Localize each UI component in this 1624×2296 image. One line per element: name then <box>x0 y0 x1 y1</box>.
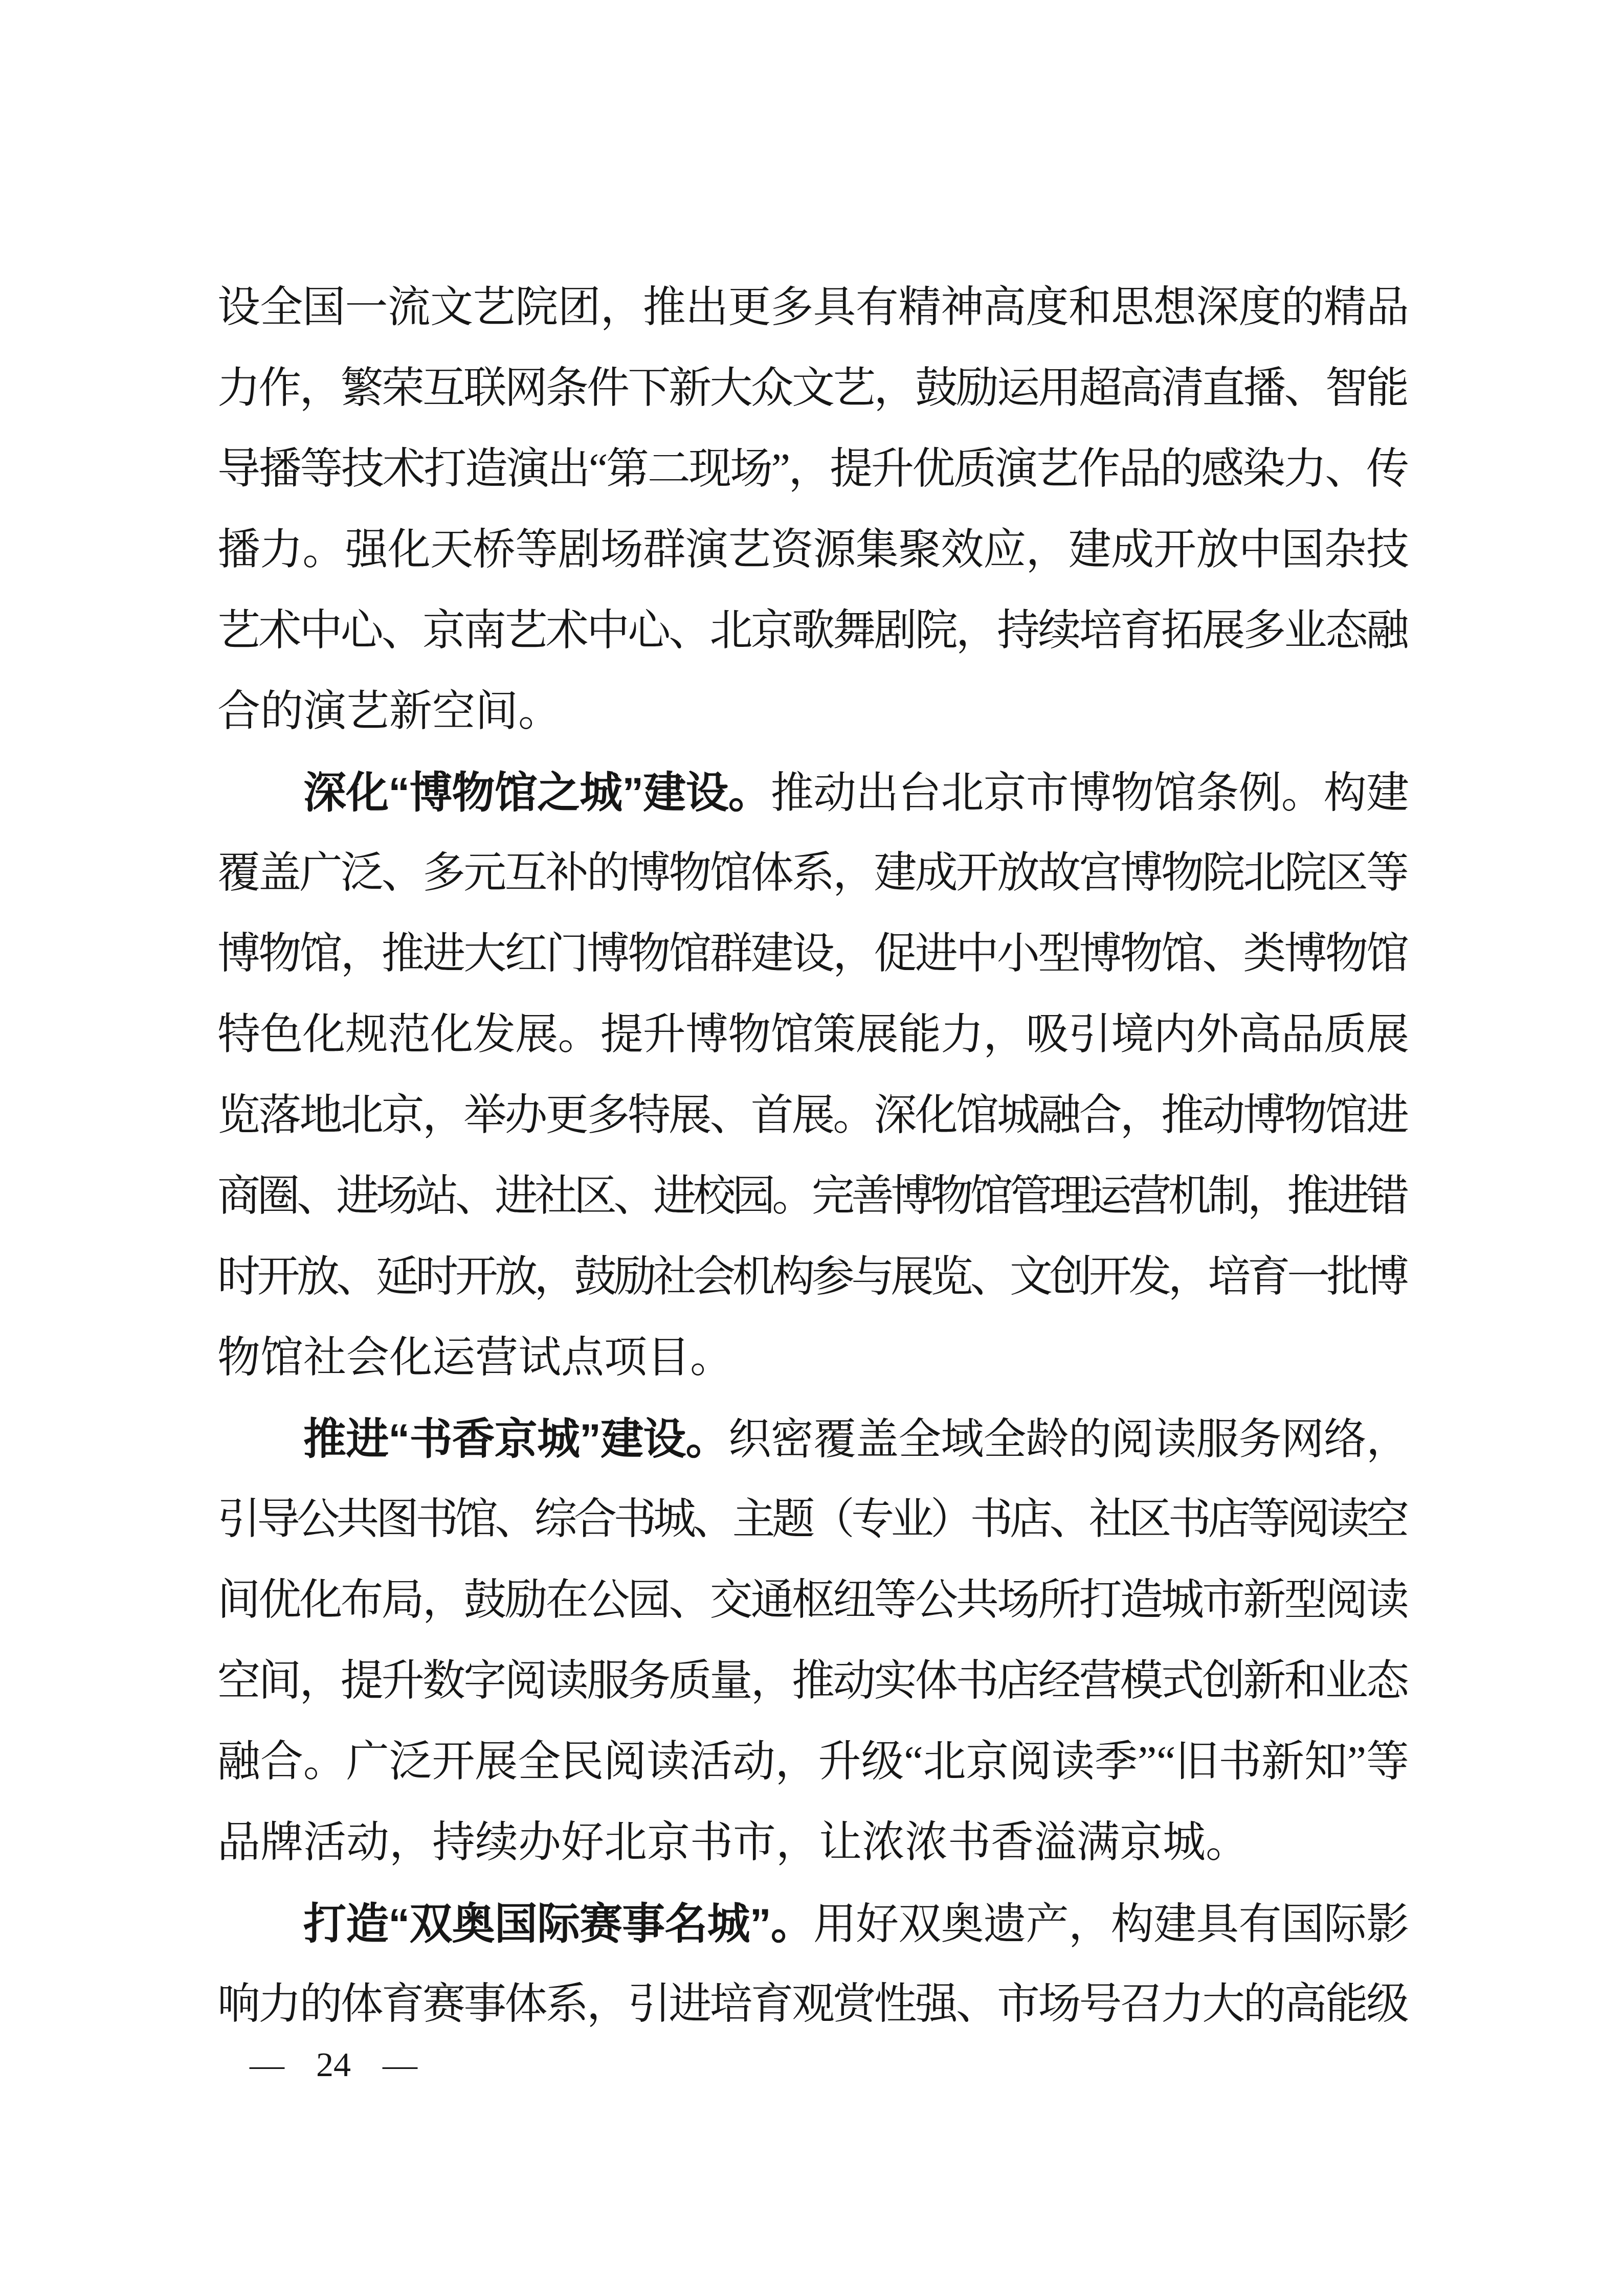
text-line-content: 深化“博物馆之城”建设。推动出台北京市博物馆条例。构建 <box>303 752 1409 834</box>
text-line-content: 览落地北京，举办更多特展、首展。深化馆城融合，推动博物馆进 <box>217 1075 1407 1156</box>
text-line-content: 设全国一流文艺院团，推出更多具有精神高度和思想深度的精品 <box>217 267 1409 348</box>
text-line: 覆盖广泛、多元互补的博物馆体系，建成开放故宫博物院北院区等 <box>217 833 1409 914</box>
text-run: 商圈、进场站、进社区、进校园。完善博物馆管理运营机制，推进错 <box>217 1173 1406 1220</box>
text-run: 导播等技术打造演出“第二现场”，提升优质演艺作品的感染力、传 <box>217 445 1408 493</box>
text-line-content: 商圈、进场站、进社区、进校园。完善博物馆管理运营机制，推进错 <box>217 1156 1406 1237</box>
text-line: 力作，繁荣互联网条件下新大众文艺，鼓励运用超高清直播、智能 <box>217 348 1409 429</box>
text-run: 品牌活动，持续办好北京书市，让浓浓书香溢满京城。 <box>217 1819 1249 1866</box>
text-line: 特色化规范化发展。提升博物馆策展能力，吸引境内外高品质展 <box>217 995 1409 1075</box>
text-line-content: 响力的体育赛事体系，引进培育观赏性强、市场号召力大的高能级 <box>217 1964 1407 2045</box>
text-line: 播力。强化天桥等剧场群演艺资源集聚效应，建成开放中国杂技 <box>217 510 1409 591</box>
text-run: 织密覆盖全域全龄的阅读服务网络， <box>728 1416 1409 1464</box>
text-line-content: 艺术中心、京南艺术中心、北京歌舞剧院，持续培育拓展多业态融 <box>217 591 1407 671</box>
text-run: 时开放、延时开放，鼓励社会机构参与展览、文创开发，培育一批博 <box>217 1253 1406 1301</box>
text-run: 播力。强化天桥等剧场群演艺资源集聚效应，建成开放中国杂技 <box>217 526 1409 574</box>
text-line-content: 融合。广泛开展全民阅读活动，升级“北京阅读季”“旧书新知”等 <box>217 1722 1409 1803</box>
text-line-content: 物馆社会化运营试点项目。 <box>217 1318 733 1399</box>
text-run: 合的演艺新空间。 <box>217 688 561 735</box>
text-line: 合的演艺新空间。 <box>217 671 1409 752</box>
text-line-content: 博物馆，推进大红门博物馆群建设，促进中小型博物馆、类博物馆 <box>217 914 1407 995</box>
text-line-content: 品牌活动，持续办好北京书市，让浓浓书香溢满京城。 <box>217 1803 1249 1883</box>
text-run: 览落地北京，举办更多特展、首展。深化馆城融合，推动博物馆进 <box>217 1092 1407 1139</box>
text-line: 推进“书香京城”建设。织密覆盖全域全龄的阅读服务网络， <box>217 1399 1409 1479</box>
text-run: 引导公共图书馆、综合书城、主题（专业）书店、社区书店等阅读空 <box>217 1496 1406 1543</box>
text-line: 空间，提升数字阅读服务质量，推动实体书店经营模式创新和业态 <box>217 1641 1409 1722</box>
text-line-content: 特色化规范化发展。提升博物馆策展能力，吸引境内外高品质展 <box>217 995 1409 1075</box>
text-line: 博物馆，推进大红门博物馆群建设，促进中小型博物馆、类博物馆 <box>217 914 1409 995</box>
text-run: 博物馆，推进大红门博物馆群建设，促进中小型博物馆、类博物馆 <box>217 930 1407 978</box>
text-line: 设全国一流文艺院团，推出更多具有精神高度和思想深度的精品 <box>217 267 1409 348</box>
document-body: 设全国一流文艺院团，推出更多具有精神高度和思想深度的精品力作，繁荣互联网条件下新… <box>217 267 1409 2045</box>
paragraph-lead-emphasis: 推进“书香京城”建设。 <box>303 1415 728 1463</box>
text-line-content: 空间，提升数字阅读服务质量，推动实体书店经营模式创新和业态 <box>217 1641 1407 1722</box>
text-line-content: 导播等技术打造演出“第二现场”，提升优质演艺作品的感染力、传 <box>217 429 1408 510</box>
paragraph-lead-emphasis: 深化“博物馆之城”建设。 <box>303 769 771 817</box>
text-line-content: 覆盖广泛、多元互补的博物馆体系，建成开放故宫博物院北院区等 <box>217 833 1407 914</box>
page-number: 24 <box>316 2045 351 2083</box>
text-line: 物馆社会化运营试点项目。 <box>217 1318 1409 1399</box>
text-line-content: 合的演艺新空间。 <box>217 671 561 752</box>
text-line-content: 打造“双奥国际赛事名城”。用好双奥遗产，构建具有国际影 <box>303 1883 1409 1965</box>
text-run: 力作，繁荣互联网条件下新大众文艺，鼓励运用超高清直播、智能 <box>217 365 1407 412</box>
text-run: 艺术中心、京南艺术中心、北京歌舞剧院，持续培育拓展多业态融 <box>217 607 1407 655</box>
text-line: 间优化布局，鼓励在公园、交通枢纽等公共场所打造城市新型阅读 <box>217 1560 1409 1641</box>
text-run: 推动出台北京市博物馆条例。构建 <box>771 770 1409 817</box>
text-line: 融合。广泛开展全民阅读活动，升级“北京阅读季”“旧书新知”等 <box>217 1722 1409 1803</box>
text-line: 览落地北京，举办更多特展、首展。深化馆城融合，推动博物馆进 <box>217 1075 1409 1156</box>
text-run: 间优化布局，鼓励在公园、交通枢纽等公共场所打造城市新型阅读 <box>217 1577 1407 1624</box>
text-line: 时开放、延时开放，鼓励社会机构参与展览、文创开发，培育一批博 <box>217 1237 1409 1318</box>
text-line-content: 时开放、延时开放，鼓励社会机构参与展览、文创开发，培育一批博 <box>217 1237 1406 1318</box>
text-line-content: 播力。强化天桥等剧场群演艺资源集聚效应，建成开放中国杂技 <box>217 510 1409 591</box>
text-line: 引导公共图书馆、综合书城、主题（专业）书店、社区书店等阅读空 <box>217 1479 1409 1560</box>
text-line: 深化“博物馆之城”建设。推动出台北京市博物馆条例。构建 <box>217 752 1409 833</box>
text-line: 艺术中心、京南艺术中心、北京歌舞剧院，持续培育拓展多业态融 <box>217 591 1409 671</box>
text-run: 用好双奥遗产，构建具有国际影 <box>813 1901 1409 1948</box>
footer-dash-right: — <box>383 2045 417 2083</box>
text-line-content: 推进“书香京城”建设。织密覆盖全域全龄的阅读服务网络， <box>303 1399 1409 1480</box>
text-line-content: 引导公共图书馆、综合书城、主题（专业）书店、社区书店等阅读空 <box>217 1479 1406 1560</box>
paragraph-lead-emphasis: 打造“双奥国际赛事名城”。 <box>303 1900 813 1948</box>
text-line: 商圈、进场站、进社区、进校园。完善博物馆管理运营机制，推进错 <box>217 1156 1409 1237</box>
text-run: 特色化规范化发展。提升博物馆策展能力，吸引境内外高品质展 <box>217 1011 1409 1059</box>
text-run: 物馆社会化运营试点项目。 <box>217 1334 733 1382</box>
footer-dash-left: — <box>250 2045 284 2083</box>
text-line: 导播等技术打造演出“第二现场”，提升优质演艺作品的感染力、传 <box>217 429 1409 510</box>
text-line: 打造“双奥国际赛事名城”。用好双奥遗产，构建具有国际影 <box>217 1883 1409 1964</box>
text-line-content: 力作，繁荣互联网条件下新大众文艺，鼓励运用超高清直播、智能 <box>217 348 1407 429</box>
text-line-content: 间优化布局，鼓励在公园、交通枢纽等公共场所打造城市新型阅读 <box>217 1560 1407 1641</box>
text-line: 品牌活动，持续办好北京书市，让浓浓书香溢满京城。 <box>217 1803 1409 1883</box>
page-footer: — 24 — <box>250 2045 417 2083</box>
text-run: 融合。广泛开展全民阅读活动，升级“北京阅读季”“旧书新知”等 <box>217 1738 1409 1786</box>
text-run: 设全国一流文艺院团，推出更多具有精神高度和思想深度的精品 <box>217 284 1409 331</box>
text-run: 响力的体育赛事体系，引进培育观赏性强、市场号召力大的高能级 <box>217 1980 1407 2028</box>
text-line: 响力的体育赛事体系，引进培育观赏性强、市场号召力大的高能级 <box>217 1964 1409 2045</box>
document-page: { "page": { "background": "#ffffff", "te… <box>0 0 1624 2296</box>
text-run: 空间，提升数字阅读服务质量，推动实体书店经营模式创新和业态 <box>217 1657 1407 1705</box>
text-run: 覆盖广泛、多元互补的博物馆体系，建成开放故宫博物院北院区等 <box>217 849 1407 897</box>
